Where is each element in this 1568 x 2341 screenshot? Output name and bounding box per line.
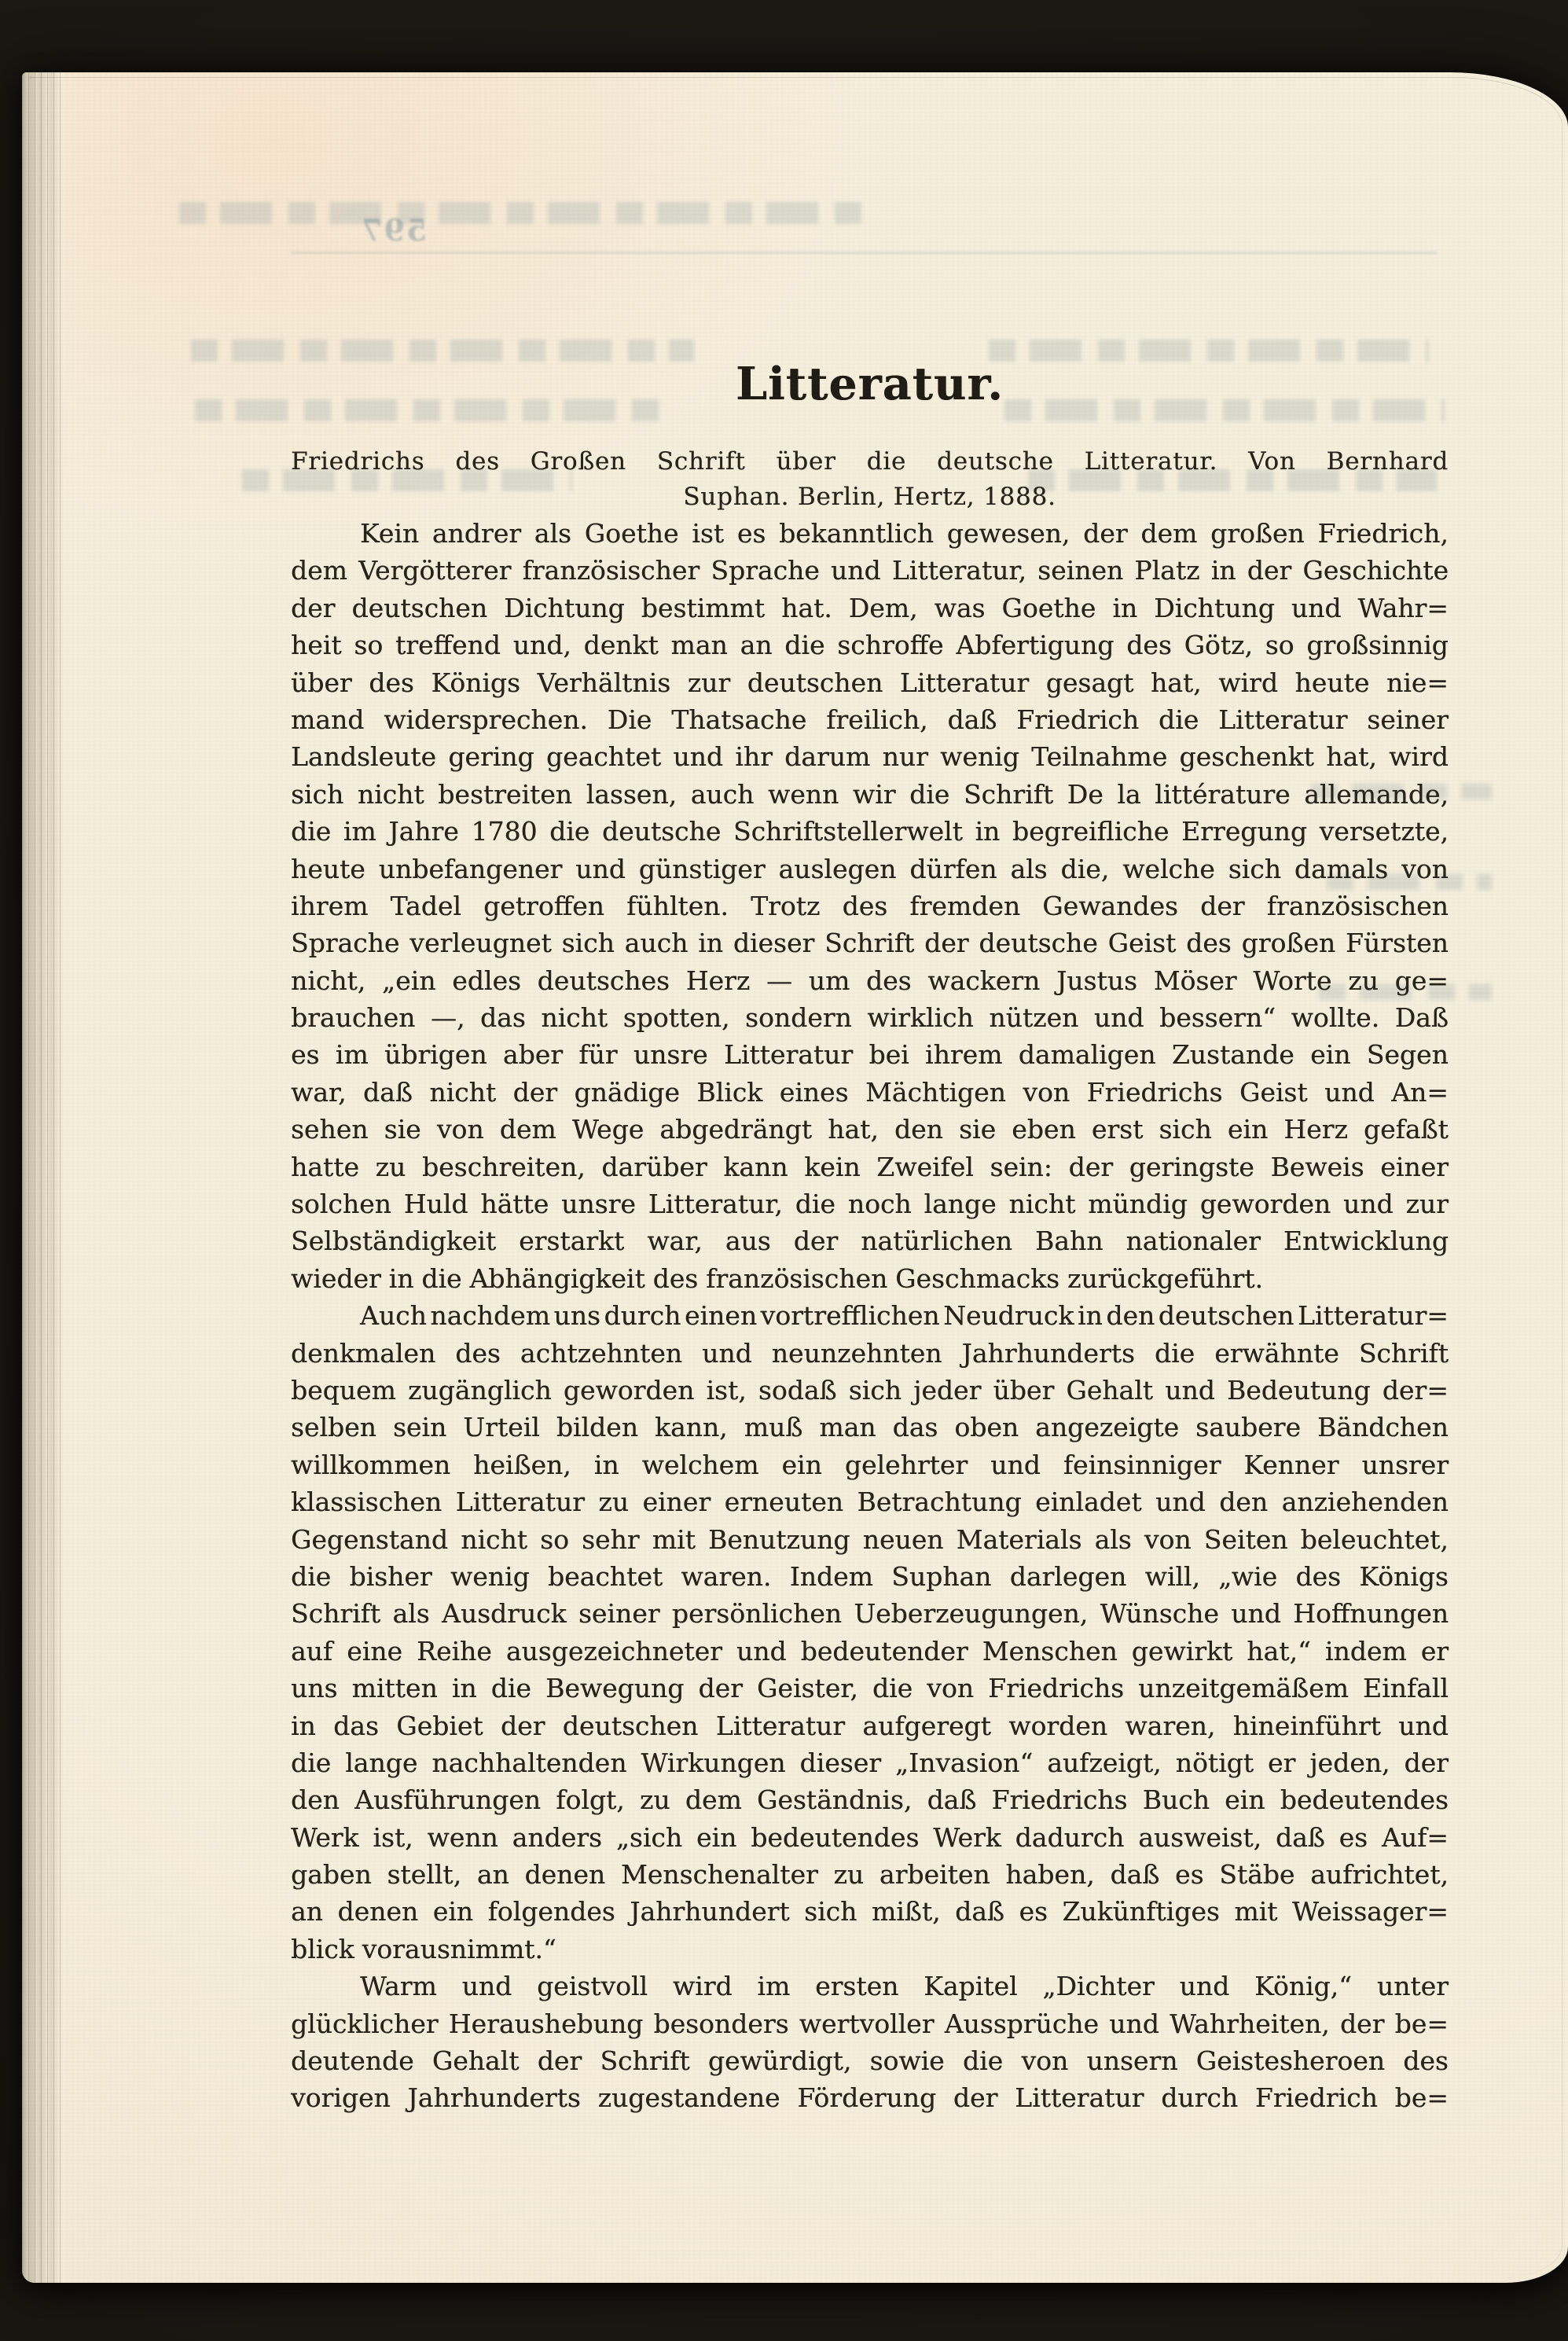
- text-line: wiederindieAbhängigkeitdesfranzösischenG…: [291, 1260, 1449, 1297]
- text-line: willkommenheißen,inwelchemeingelehrterun…: [291, 1446, 1449, 1483]
- text-line: klassischenLitteraturzueinererneutenBetr…: [291, 1483, 1449, 1520]
- text-line: solchenHuldhätteunsreLitteratur,dienochl…: [291, 1185, 1449, 1222]
- showthrough-header-rule: [291, 252, 1437, 254]
- text-line: hattezubeschreiten,darüberkannkeinZweife…: [291, 1148, 1449, 1185]
- text-line: sehensievondemWegeabgedrängthat,densieeb…: [291, 1111, 1449, 1148]
- text-line: deutendeGehaltderSchriftgewürdigt,sowied…: [291, 2042, 1449, 2079]
- text-line: blickvorausnimmt.“: [291, 1931, 1449, 1968]
- text-line: glücklicherHeraushebungbesonderswertvoll…: [291, 2005, 1449, 2042]
- page-stack-edges: [22, 72, 64, 2283]
- text-line: esimübrigenaberfürunsreLitteraturbeiihre…: [291, 1036, 1449, 1073]
- text-line: Selbständigkeiterstarktwar,ausdernatürli…: [291, 1222, 1449, 1259]
- text-line: dieimJahre1780diedeutscheSchriftstellerw…: [291, 813, 1449, 850]
- text-line: andeneneinfolgendesJahrhundertsichmißt,d…: [291, 1893, 1449, 1930]
- text-line: war,daßnichtdergnädigeBlickeinesMächtige…: [291, 1074, 1449, 1111]
- text-line: bequemzugänglichgewordenist,sodaßsichjed…: [291, 1372, 1449, 1409]
- text-line: vorigenJahrhundertszugestandeneFörderung…: [291, 2079, 1449, 2116]
- text-line: mandwidersprechen.DieThatsachefreilich,d…: [291, 701, 1449, 738]
- review-heading-line-1: FriedrichsdesGroßenSchriftüberdiedeutsch…: [291, 444, 1449, 479]
- text-line: brauchen—,dasnichtspotten,sondernwirklic…: [291, 999, 1449, 1036]
- text-line: indasGebietderdeutschenLitteraturaufgere…: [291, 1707, 1449, 1744]
- text-line: SpracheverleugnetsichauchindieserSchrift…: [291, 924, 1449, 961]
- showthrough-line: [191, 340, 694, 362]
- text-line: heuteunbefangenerundgünstigerauslegendür…: [291, 851, 1449, 888]
- text-line: sichnichtbestreitenlassen,auchwennwirdie…: [291, 776, 1449, 813]
- text-line: KeinandreralsGoetheistesbekanntlichgewes…: [291, 515, 1449, 552]
- text-line: derdeutschenDichtungbestimmthat.Dem,wasG…: [291, 590, 1449, 627]
- text-line: gabenstellt,andenenMenschenalterzuarbeit…: [291, 1856, 1449, 1893]
- text-line: heitsotreffendund,denktmanandieschroffeA…: [291, 627, 1449, 663]
- text-line: denkmalendesachtzehntenundneunzehntenJah…: [291, 1335, 1449, 1372]
- text-line: WarmundgeistvollwirdimerstenKapitel„Dich…: [291, 1968, 1449, 2005]
- showthrough-line: [179, 202, 871, 224]
- text-line: dielangenachhaltendenWirkungendieser„Inv…: [291, 1744, 1449, 1781]
- scan-background: 597 Litteratur. FriedrichsdesGroßenSchri…: [0, 0, 1568, 2341]
- book-page: 597 Litteratur. FriedrichsdesGroßenSchri…: [22, 72, 1568, 2283]
- page-title: Litteratur.: [291, 360, 1449, 409]
- showthrough-line: [989, 340, 1429, 362]
- text-line: diebisherwenigbeachtetwaren.IndemSuphand…: [291, 1558, 1449, 1595]
- text-line: SchriftalsAusdruckseinerpersönlichenUebe…: [291, 1595, 1449, 1632]
- text-line: denAusführungenfolgt,zudemGeständnis,daß…: [291, 1781, 1449, 1818]
- text-line: überdesKönigsVerhältniszurdeutschenLitte…: [291, 664, 1449, 701]
- text-line: unsmittenindieBewegungderGeister,dievonF…: [291, 1670, 1449, 1707]
- text-line: AuchnachdemunsdurcheinenvortrefflichenNe…: [291, 1297, 1449, 1334]
- text-line: Landsleutegeringgeachtetundihrdarumnurwe…: [291, 738, 1449, 775]
- body-text: KeinandreralsGoetheistesbekanntlichgewes…: [291, 515, 1449, 2117]
- text-line: aufeineReiheausgezeichneterundbedeutende…: [291, 1633, 1449, 1670]
- text-line: Werkist,wennanders„sicheinbedeutendesWer…: [291, 1819, 1449, 1856]
- showthrough-page-number: 597: [360, 212, 427, 248]
- text-line: ihremTadelgetroffenfühlten.Trotzdesfremd…: [291, 888, 1449, 924]
- text-line: nicht,„einedlesdeutschesHerz—umdeswacker…: [291, 962, 1449, 999]
- text-line: demVergöttererfranzösischerSpracheundLit…: [291, 552, 1449, 589]
- review-heading-line-2: Suphan. Berlin, Hertz, 1888.: [291, 480, 1449, 514]
- text-line: GegenstandnichtsosehrmitBenutzungneuenMa…: [291, 1521, 1449, 1558]
- text-line: selbenseinUrteilbildenkann,mußmandasoben…: [291, 1409, 1449, 1446]
